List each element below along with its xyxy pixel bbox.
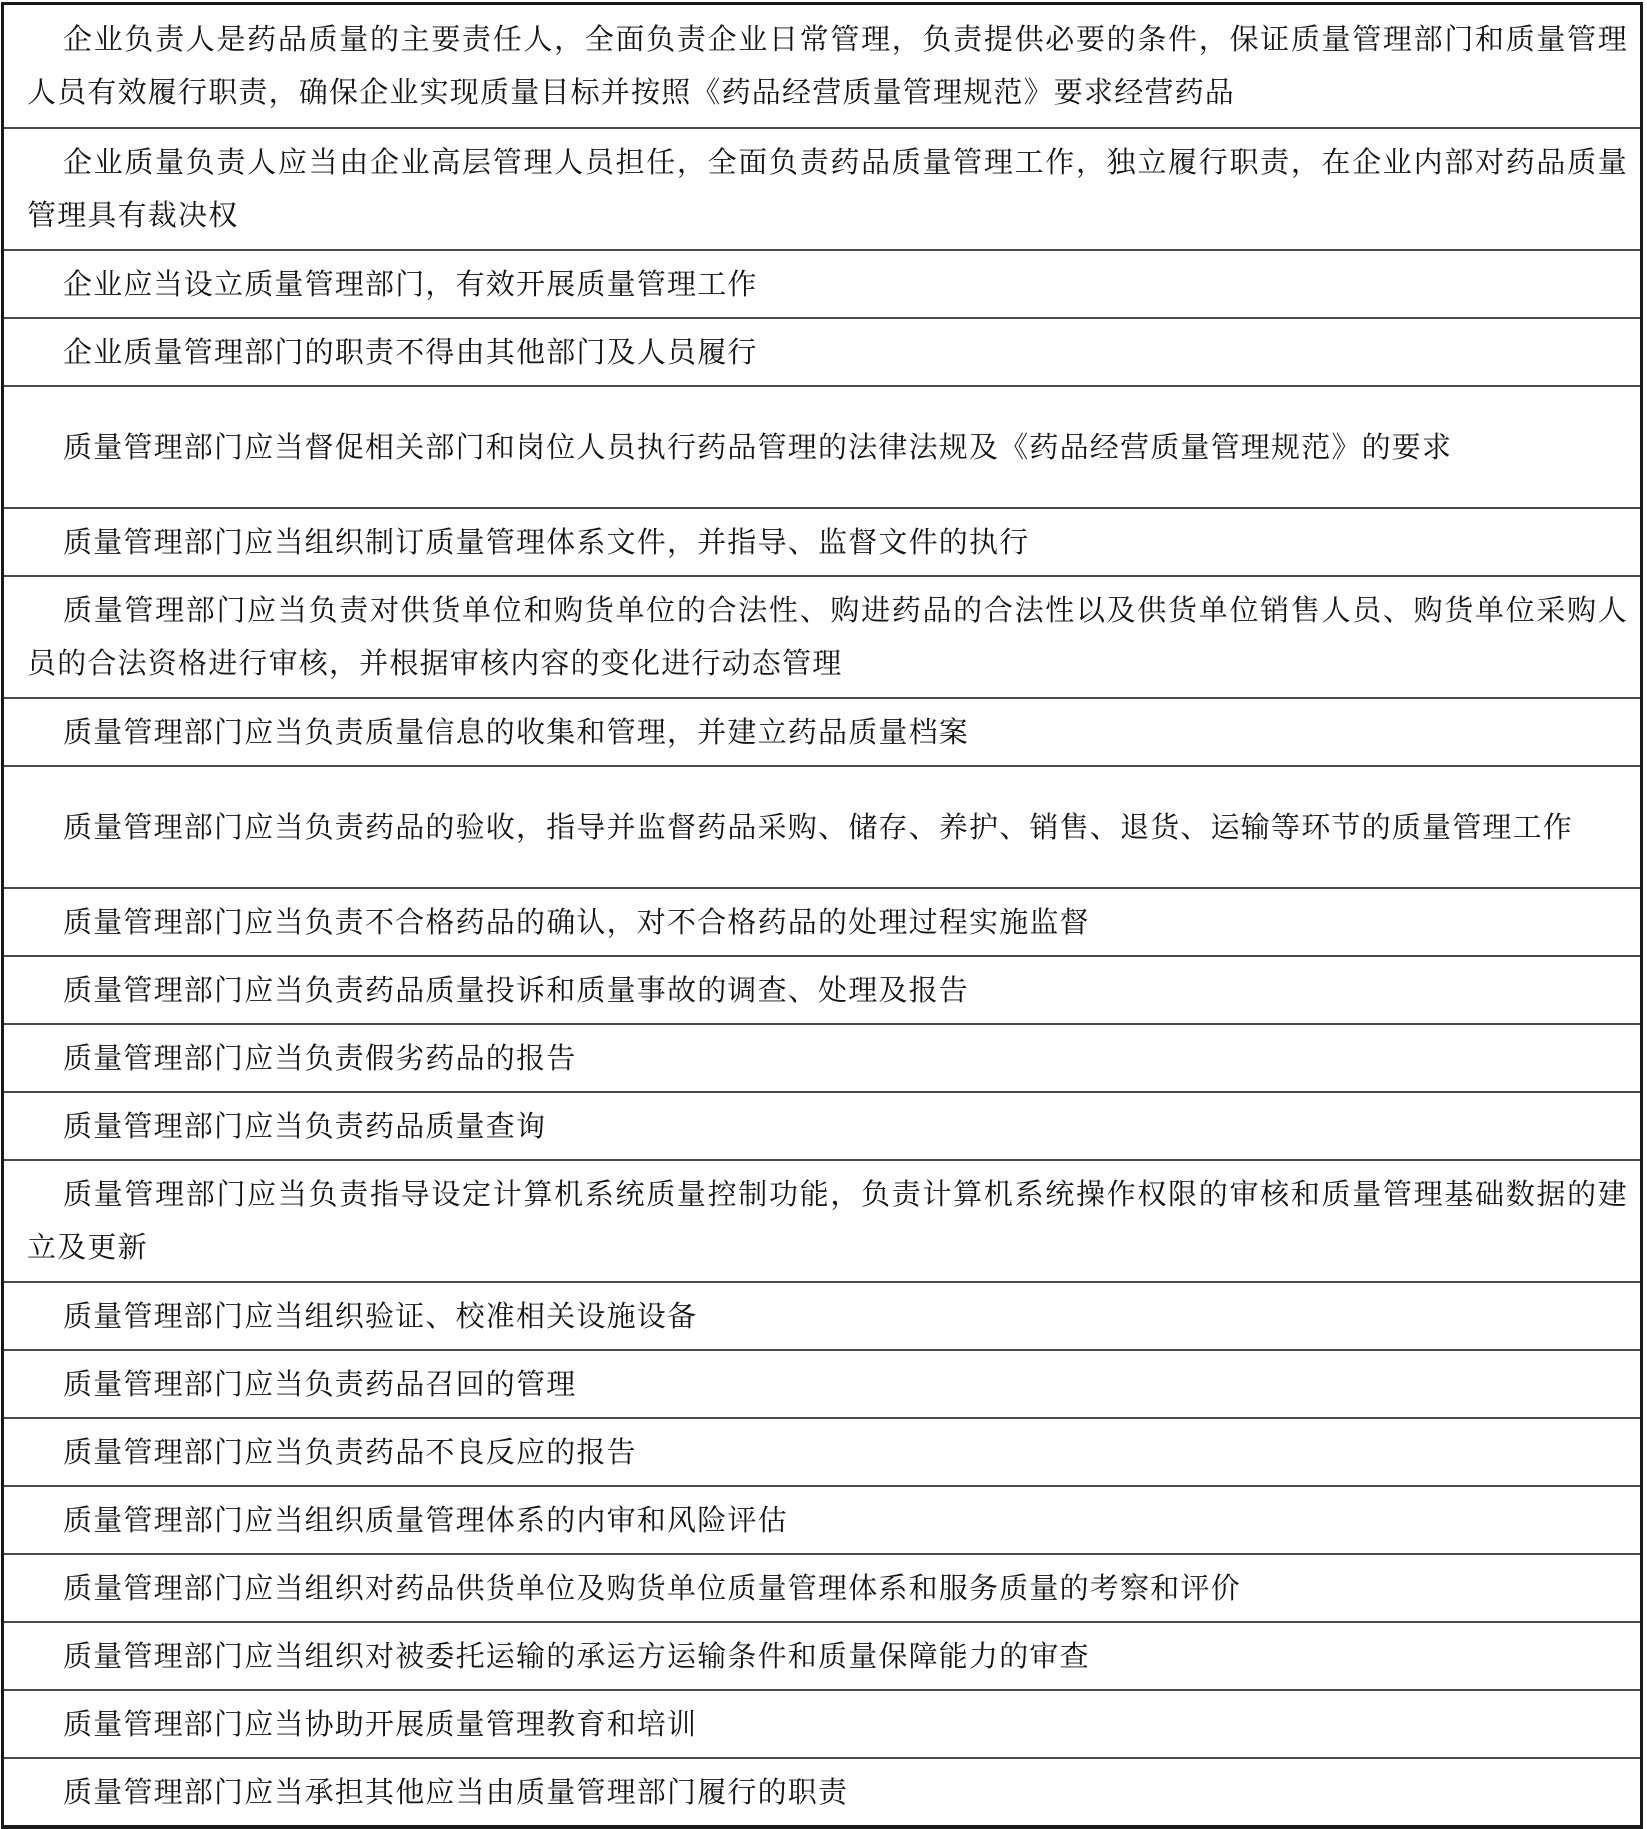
- row-text: 质量管理部门应当负责药品质量查询: [27, 1100, 1628, 1153]
- row-text: 质量管理部门应当督促相关部门和岗位人员执行药品管理的法律法规及《药品经营质量管理…: [27, 421, 1628, 474]
- row-text: 企业质量管理部门的职责不得由其他部门及人员履行: [27, 326, 1628, 379]
- table-row: 质量管理部门应当督促相关部门和岗位人员执行药品管理的法律法规及《药品经营质量管理…: [4, 385, 1640, 507]
- row-text: 质量管理部门应当负责药品的验收，指导并监督药品采购、储存、养护、销售、退货、运输…: [27, 801, 1628, 854]
- table-row: 质量管理部门应当负责药品质量投诉和质量事故的调查、处理及报告: [4, 955, 1640, 1023]
- row-text: 企业应当设立质量管理部门，有效开展质量管理工作: [27, 258, 1628, 311]
- row-text: 质量管理部门应当负责对供货单位和购货单位的合法性、购进药品的合法性以及供货单位销…: [27, 584, 1628, 690]
- table-row: 质量管理部门应当组织验证、校准相关设施设备: [4, 1281, 1640, 1349]
- responsibilities-table: 企业负责人是药品质量的主要责任人，全面负责企业日常管理，负责提供必要的条件，保证…: [1, 2, 1643, 1821]
- table-row: 质量管理部门应当组织制订质量管理体系文件，并指导、监督文件的执行: [4, 507, 1640, 575]
- table-row: 质量管理部门应当负责指导设定计算机系统质量控制功能，负责计算机系统操作权限的审核…: [4, 1159, 1640, 1281]
- table-row: 质量管理部门应当协助开展质量管理教育和培训: [4, 1689, 1640, 1757]
- table-row: 企业负责人是药品质量的主要责任人，全面负责企业日常管理，负责提供必要的条件，保证…: [4, 5, 1640, 127]
- row-text: 质量管理部门应当组织制订质量管理体系文件，并指导、监督文件的执行: [27, 516, 1628, 569]
- table-row: 质量管理部门应当负责药品质量查询: [4, 1091, 1640, 1159]
- row-text: 企业负责人是药品质量的主要责任人，全面负责企业日常管理，负责提供必要的条件，保证…: [27, 13, 1628, 119]
- row-text: 质量管理部门应当承担其他应当由质量管理部门履行的职责: [27, 1766, 1628, 1819]
- row-text: 质量管理部门应当负责指导设定计算机系统质量控制功能，负责计算机系统操作权限的审核…: [27, 1168, 1628, 1274]
- row-text: 质量管理部门应当组织对被委托运输的承运方运输条件和质量保障能力的审查: [27, 1630, 1628, 1683]
- row-text: 质量管理部门应当负责药品质量投诉和质量事故的调查、处理及报告: [27, 964, 1628, 1017]
- table-row: 质量管理部门应当负责假劣药品的报告: [4, 1023, 1640, 1091]
- table-row: 质量管理部门应当负责不合格药品的确认，对不合格药品的处理过程实施监督: [4, 887, 1640, 955]
- row-text: 质量管理部门应当负责假劣药品的报告: [27, 1032, 1628, 1085]
- table-row: 质量管理部门应当负责药品的验收，指导并监督药品采购、储存、养护、销售、退货、运输…: [4, 765, 1640, 887]
- table-row: 质量管理部门应当负责药品不良反应的报告: [4, 1417, 1640, 1485]
- table-row: 质量管理部门应当承担其他应当由质量管理部门履行的职责: [4, 1757, 1640, 1821]
- table-row: 质量管理部门应当组织对被委托运输的承运方运输条件和质量保障能力的审查: [4, 1621, 1640, 1689]
- row-text: 质量管理部门应当负责药品召回的管理: [27, 1358, 1628, 1411]
- table-row: 质量管理部门应当负责质量信息的收集和管理，并建立药品质量档案: [4, 697, 1640, 765]
- row-text: 质量管理部门应当协助开展质量管理教育和培训: [27, 1698, 1628, 1751]
- table-row: 质量管理部门应当负责药品召回的管理: [4, 1349, 1640, 1417]
- table-row: 企业质量负责人应当由企业高层管理人员担任，全面负责药品质量管理工作，独立履行职责…: [4, 127, 1640, 249]
- row-text: 质量管理部门应当组织对药品供货单位及购货单位质量管理体系和服务质量的考察和评价: [27, 1562, 1628, 1615]
- row-text: 质量管理部门应当组织验证、校准相关设施设备: [27, 1290, 1628, 1343]
- row-text: 质量管理部门应当负责药品不良反应的报告: [27, 1426, 1628, 1479]
- table-row: 质量管理部门应当组织质量管理体系的内审和风险评估: [4, 1485, 1640, 1553]
- table-row: 质量管理部门应当组织对药品供货单位及购货单位质量管理体系和服务质量的考察和评价: [4, 1553, 1640, 1621]
- row-text: 质量管理部门应当负责质量信息的收集和管理，并建立药品质量档案: [27, 706, 1628, 759]
- table-row: 企业质量管理部门的职责不得由其他部门及人员履行: [4, 317, 1640, 385]
- row-text: 企业质量负责人应当由企业高层管理人员担任，全面负责药品质量管理工作，独立履行职责…: [27, 136, 1628, 242]
- table-row: 企业应当设立质量管理部门，有效开展质量管理工作: [4, 249, 1640, 317]
- row-text: 质量管理部门应当负责不合格药品的确认，对不合格药品的处理过程实施监督: [27, 896, 1628, 949]
- row-text: 质量管理部门应当组织质量管理体系的内审和风险评估: [27, 1494, 1628, 1547]
- table-row: 质量管理部门应当负责对供货单位和购货单位的合法性、购进药品的合法性以及供货单位销…: [4, 575, 1640, 697]
